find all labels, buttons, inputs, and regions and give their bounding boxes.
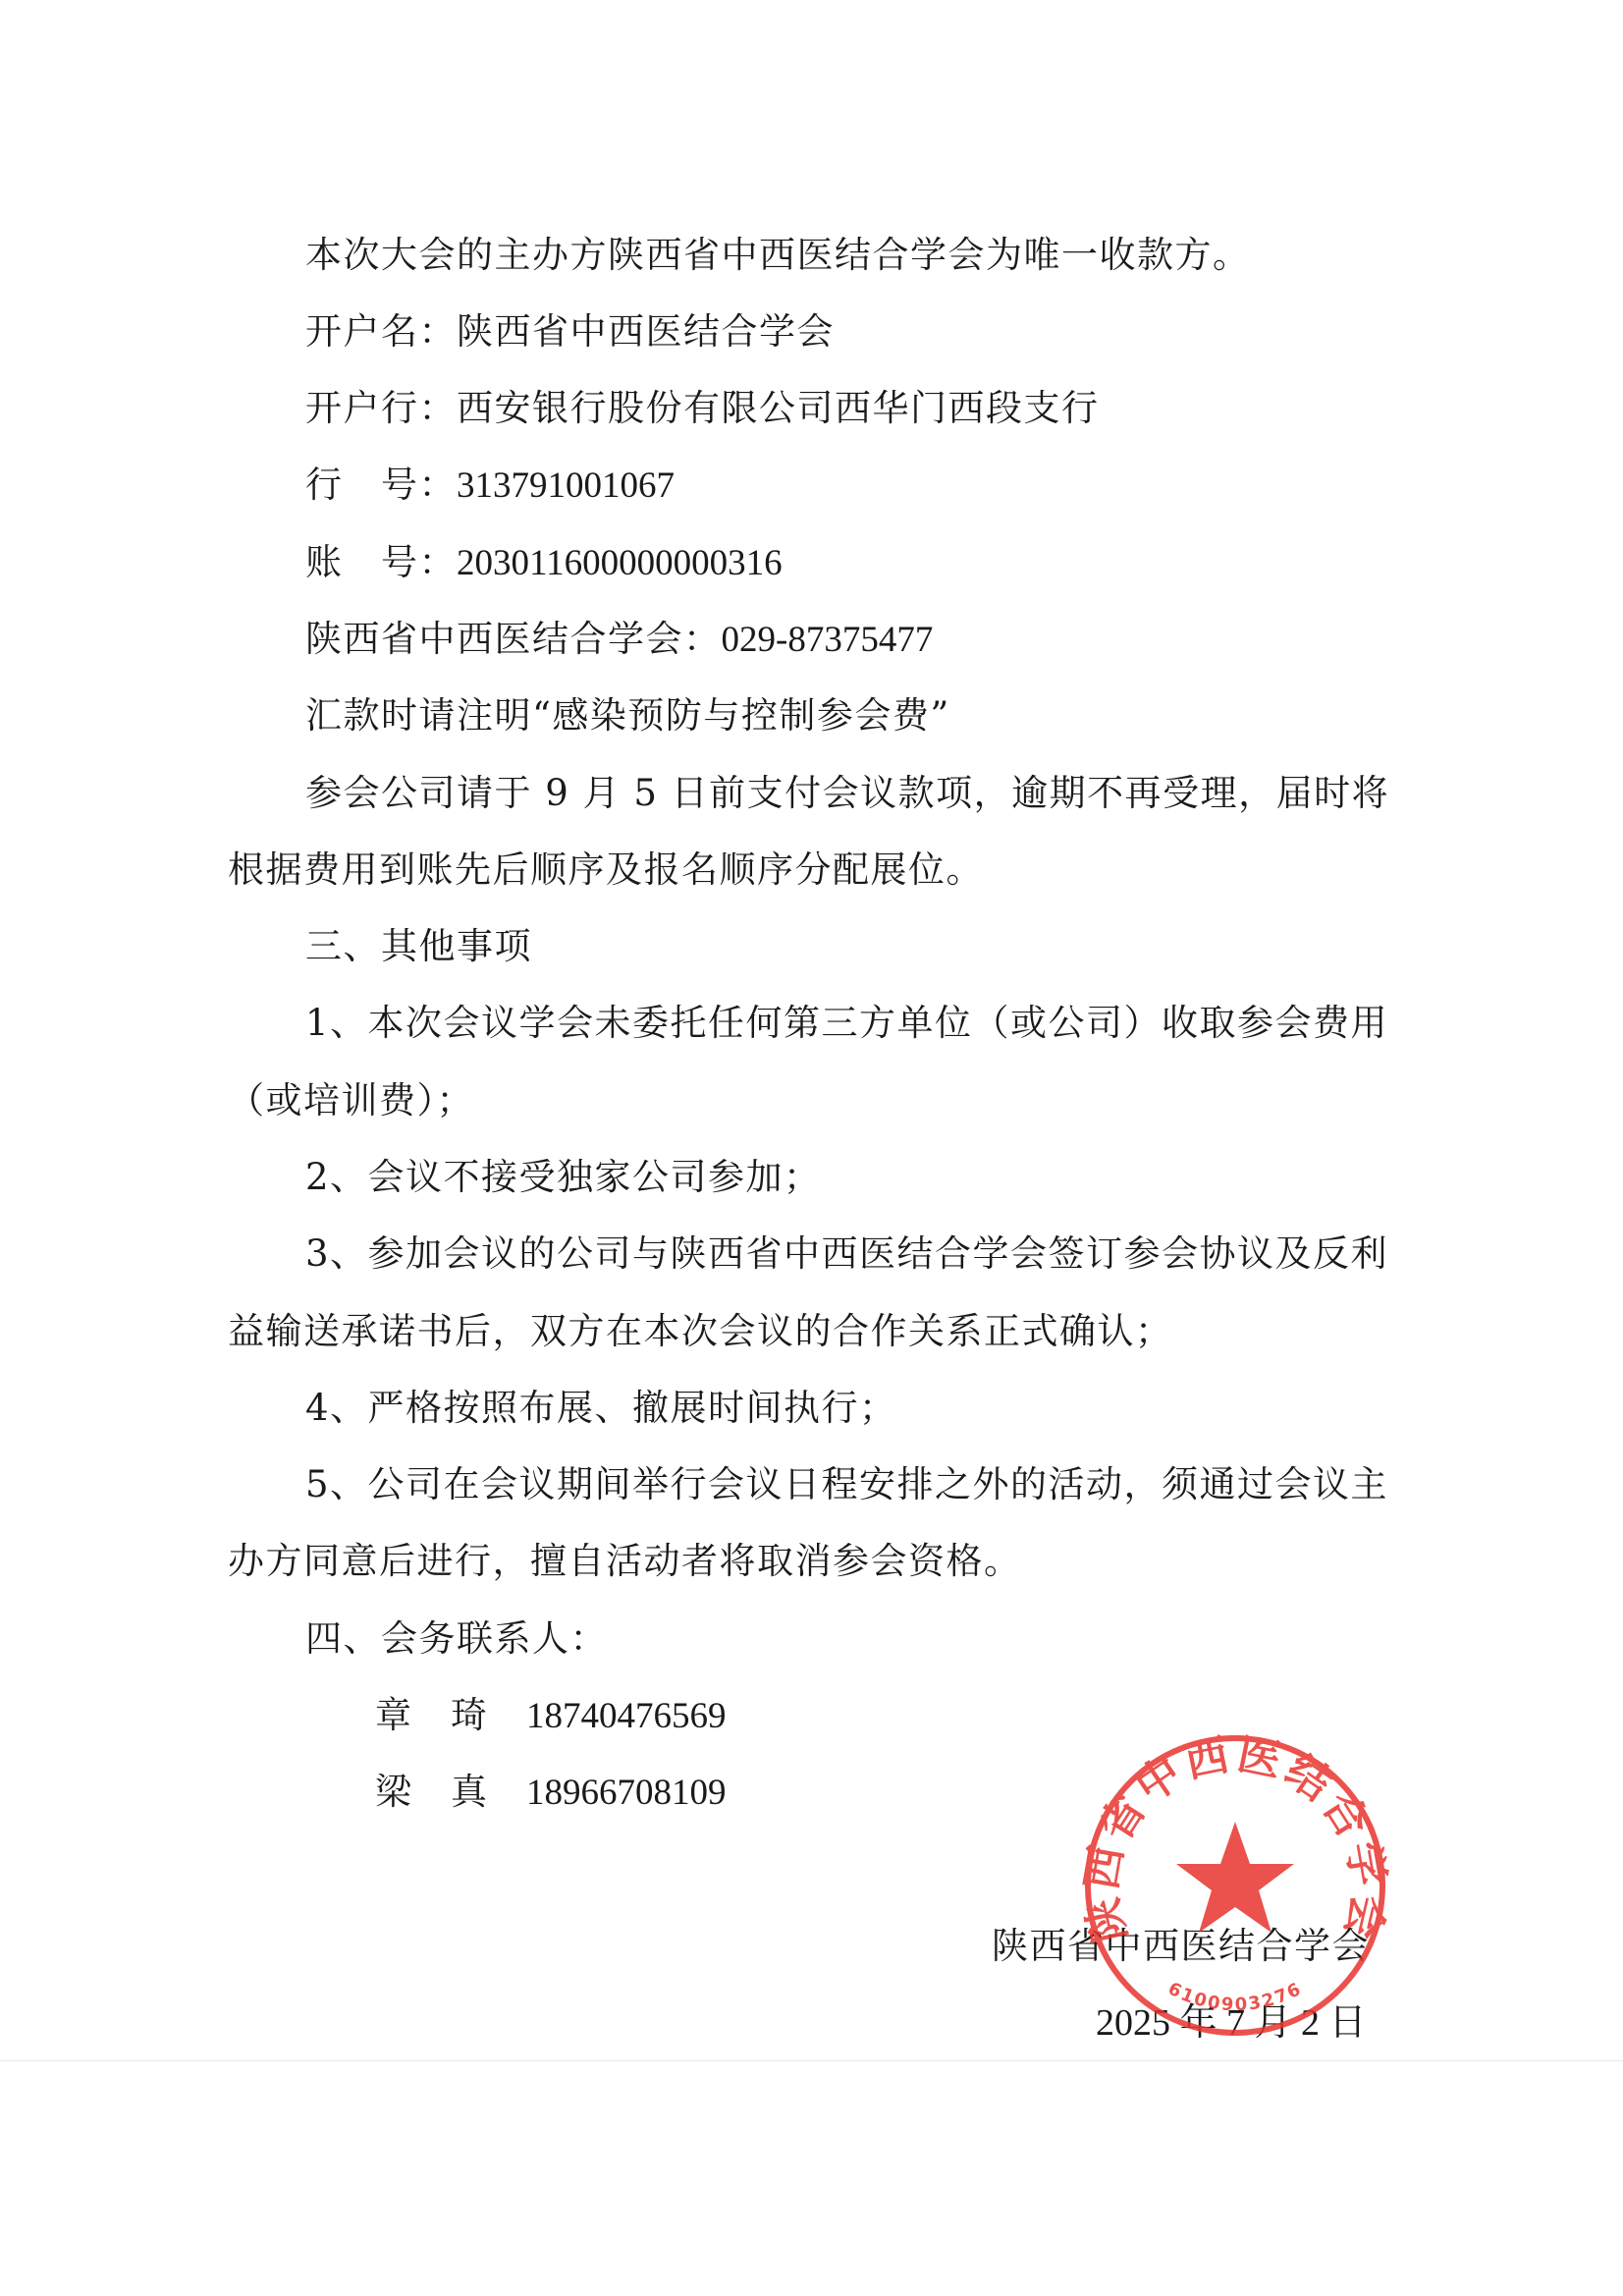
document-page: 本次大会的主办方陕西省中西医结合学会为唯一收款方。 开户名：陕西省中西医结合学会… (0, 0, 1623, 2296)
paragraph-deadline-line1: 参会公司请于 9 月 5 日前支付会议款项，逾期不再受理，届时将 (305, 774, 1389, 813)
bank-code-label: 行 号： (305, 464, 457, 506)
contact-surname: 梁 (375, 1773, 451, 1812)
phone-label: 陕西省中西医结合学会： (305, 618, 722, 660)
section4-heading: 四、会务联系人： (305, 1619, 608, 1659)
item5-line1: 5、公司在会议期间举行会议日程安排之外的活动，须通过会议主 (305, 1465, 1388, 1504)
contact-row: 章琦18740476569 (375, 1696, 727, 1736)
item4: 4、严格按照布展、撤展时间执行； (305, 1389, 897, 1428)
section3-heading: 三、其他事项 (305, 927, 532, 966)
signature-date: 2025 年 7 月 2 日 (1096, 2003, 1367, 2043)
contact-given-name: 琦 (451, 1696, 526, 1735)
contact-surname: 章 (375, 1696, 451, 1735)
paragraph-account-name: 开户名：陕西省中西医结合学会 (305, 312, 835, 352)
seal-text: 陕西省中西医结合学会 (1078, 1729, 1392, 1947)
phone-value: 029-87375477 (722, 620, 934, 660)
bank-code-value: 313791001067 (457, 465, 675, 506)
paragraph-account-number: 账 号：203011600000000316 (305, 543, 783, 583)
item5-line2: 办方同意后进行，擅自活动者将取消参会资格。 (228, 1542, 1022, 1581)
contact-phone: 18740476569 (526, 1697, 727, 1736)
official-seal-icon: 陕西省中西医结合学会 6100903276 (1078, 1728, 1392, 2043)
item3-line2: 益输送承诺书后，双方在本次会议的合作关系正式确认； (228, 1312, 1173, 1351)
paragraph-phone: 陕西省中西医结合学会：029-87375477 (305, 620, 933, 660)
account-number-label: 账 号： (305, 541, 457, 583)
item3-line1: 3、参加会议的公司与陕西省中西医结合学会签订参会协议及反利 (305, 1234, 1388, 1274)
item2: 2、会议不接受独家公司参加； (305, 1158, 822, 1197)
svg-text:陕西省中西医结合学会: 陕西省中西医结合学会 (1078, 1729, 1392, 1947)
paragraph-deadline-line2: 根据费用到账先后顺序及报名顺序分配展位。 (228, 850, 984, 890)
paragraph-bank: 开户行：西安银行股份有限公司西华门西段支行 (305, 389, 1100, 428)
paragraph-remittance-note: 汇款时请注明“感染预防与控制参会费” (305, 696, 950, 736)
signature-organization: 陕西省中西医结合学会 (992, 1927, 1370, 1966)
paragraph-payee: 本次大会的主办方陕西省中西医结合学会为唯一收款方。 (305, 236, 1251, 275)
contact-phone: 18966708109 (526, 1774, 727, 1813)
item1-line2: （或培训费）； (228, 1081, 474, 1121)
account-number-value: 203011600000000316 (457, 543, 783, 583)
page-bottom-edge (0, 2060, 1623, 2061)
item1-line1: 1、本次会议学会未委托任何第三方单位（或公司）收取参会费用 (305, 1004, 1388, 1043)
contact-given-name: 真 (451, 1773, 526, 1812)
contact-row: 梁真18966708109 (375, 1773, 727, 1813)
paragraph-bank-code: 行 号：313791001067 (305, 465, 675, 506)
